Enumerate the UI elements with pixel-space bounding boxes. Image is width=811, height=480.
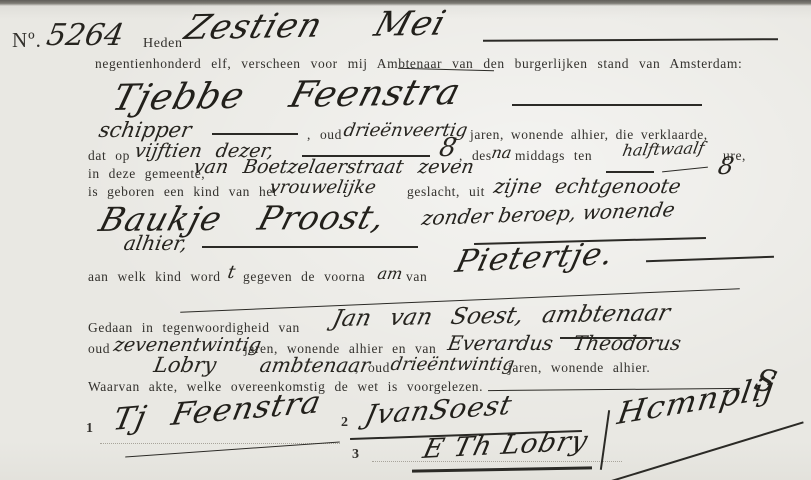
birth-address: van Boetzelaerstraat zeven (192, 156, 476, 178)
paraaf-flourish: 8 (716, 152, 736, 180)
printed-heden: Heden (143, 36, 183, 52)
declarant-name: Tjebbe Feenstra (108, 72, 465, 119)
filler-rule (606, 171, 654, 173)
signature-registrar: Hcmnplij (615, 370, 778, 432)
handwritten-date: Zestien Mei (180, 4, 451, 48)
signature-witness1: JvanSoest (362, 390, 515, 431)
witness2-first-names: Everardus Theodorus (446, 331, 683, 355)
pen-stroke (662, 167, 708, 173)
filler-rule (483, 38, 778, 42)
filler-rule (646, 256, 774, 262)
printed-child-b: gegeven de voorna (243, 269, 365, 285)
filler-rule (202, 246, 418, 248)
birth-certificate-scan: Nº. 5264 Heden Zestien Mei negentienhond… (0, 0, 811, 480)
pen-flourish-line (602, 421, 803, 480)
printed-dat-op: dat op (88, 148, 130, 164)
filler-rule (212, 133, 298, 135)
witness2-surname: Lobry (152, 353, 218, 377)
printed-child-c: van (406, 269, 427, 285)
birth-time: halftwaalf (621, 138, 706, 160)
child-name: Pietertje. (452, 236, 618, 280)
printed-child-a: aan welk kind word (88, 269, 221, 285)
handwritten-am: am (376, 264, 404, 283)
printed-middags-ten: middags ten (515, 148, 592, 164)
intro-line: negentienhonderd elf, verscheen voor mij… (95, 56, 742, 72)
filler-rule (512, 104, 702, 106)
printed-gemeente: in deze gemeente, (88, 166, 205, 182)
witness2-age: drieëntwintig (389, 354, 516, 375)
mother-residence: alhier, (122, 231, 189, 255)
signature-witness2: E Th Lobry (420, 426, 591, 465)
printed-geslacht: geslacht, uit (407, 184, 485, 200)
birth-daypart: na (490, 143, 513, 162)
act-number: 5264 (44, 18, 127, 53)
signature-number-3: 3 (352, 447, 359, 463)
printed-oud-witness2: , oud (355, 360, 390, 376)
act-number-label: Nº. (12, 28, 42, 53)
child-gender: vrouwelijke (268, 177, 378, 198)
handwritten-t: t (226, 262, 237, 283)
printed-oud-witness1: oud (88, 341, 110, 357)
signature-number-2: 2 (341, 415, 348, 431)
relation: zijne echtgenoote (492, 174, 683, 198)
declarant-occupation: schipper (97, 118, 193, 142)
witness1-name: Jan van Soest, ambtenaar (330, 300, 673, 332)
printed-oud: , oud (307, 127, 342, 143)
signature-number-1: 1 (86, 421, 93, 437)
mother-occupation: zonder beroep, wonende (420, 197, 677, 230)
signature-heavy-underline (412, 466, 592, 472)
signature-baseline (372, 461, 622, 462)
printed-witness-end: jaren, wonende alhier. (508, 360, 650, 376)
printed-geboren: is geboren een kind van het (88, 184, 277, 200)
